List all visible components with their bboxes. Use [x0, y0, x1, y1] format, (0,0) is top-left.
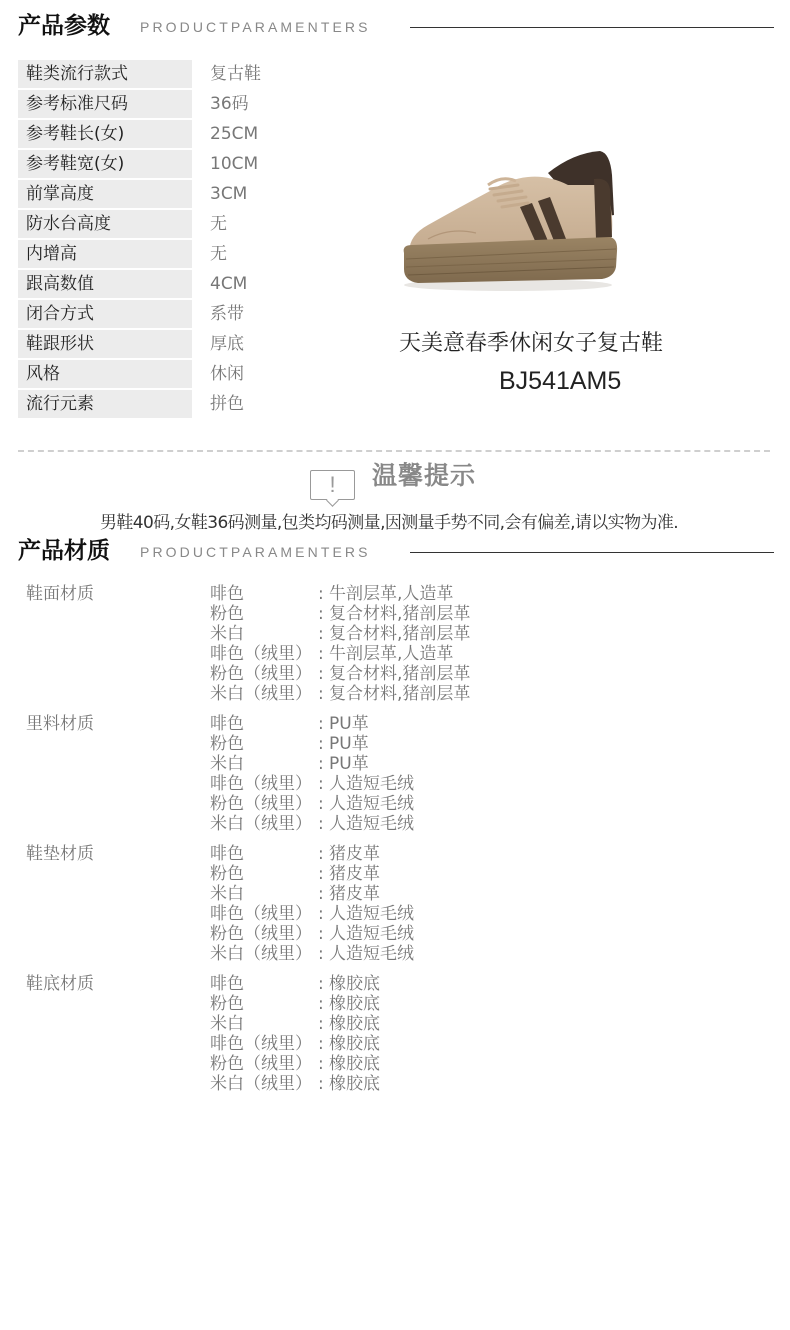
- material-value: PU革: [329, 754, 369, 774]
- colon: :: [318, 944, 324, 964]
- color-name: 啡色: [210, 844, 244, 864]
- product-model-number: BJ541AM5: [499, 367, 621, 396]
- material-value: 人造短毛绒: [329, 924, 414, 944]
- material-value: 人造短毛绒: [329, 774, 414, 794]
- param-row: 鞋跟形状厚底: [18, 329, 298, 359]
- param-label: 鞋跟形状: [18, 330, 192, 358]
- materials-section-header: 产品材质 PRODUCTPARAMENTERS: [18, 535, 774, 567]
- param-row: 防水台高度无: [18, 209, 298, 239]
- color-name: 米白（绒里）: [210, 684, 312, 704]
- colon: :: [318, 974, 324, 994]
- dashed-divider: [18, 450, 770, 452]
- material-value: 牛剖层革,人造革: [329, 584, 453, 604]
- materials-section-title: 产品材质: [18, 535, 110, 567]
- param-value: 3CM: [192, 180, 247, 208]
- param-row: 内增高无: [18, 239, 298, 269]
- colon: :: [318, 664, 324, 684]
- material-value: 猪皮革: [329, 864, 380, 884]
- colon: :: [318, 794, 324, 814]
- param-row: 鞋类流行款式复古鞋: [18, 59, 298, 89]
- param-value: 拼色: [192, 390, 244, 418]
- param-value: 无: [192, 210, 227, 238]
- param-row: 参考鞋长(女)25CM: [18, 119, 298, 149]
- colon: :: [318, 904, 324, 924]
- param-value: 10CM: [192, 150, 258, 178]
- param-value: 无: [192, 240, 227, 268]
- param-label: 风格: [18, 360, 192, 388]
- colon: :: [318, 754, 324, 774]
- colon: :: [318, 1014, 324, 1034]
- param-row: 流行元素拼色: [18, 389, 298, 419]
- param-row: 参考鞋宽(女)10CM: [18, 149, 298, 179]
- material-value: 橡胶底: [329, 1074, 380, 1094]
- param-value: 4CM: [192, 270, 247, 298]
- colon: :: [318, 1074, 324, 1094]
- material-value: 橡胶底: [329, 1054, 380, 1074]
- param-value: 25CM: [192, 120, 258, 148]
- product-name: 天美意春季休闲女子复古鞋: [399, 326, 663, 357]
- param-label: 跟高数值: [18, 270, 192, 298]
- color-name: 啡色: [210, 974, 244, 994]
- color-name: 粉色: [210, 994, 244, 1014]
- material-group-label: 鞋垫材质: [26, 844, 94, 864]
- param-row: 前掌高度3CM: [18, 179, 298, 209]
- params-section-title: 产品参数: [18, 10, 110, 42]
- material-value: 人造短毛绒: [329, 944, 414, 964]
- param-row: 参考标准尺码36码: [18, 89, 298, 119]
- param-label: 参考鞋宽(女): [18, 150, 192, 178]
- sneaker-illustration: [398, 145, 624, 295]
- colon: :: [318, 624, 324, 644]
- material-value: 橡胶底: [329, 994, 380, 1014]
- colon: :: [318, 774, 324, 794]
- material-value: 人造短毛绒: [329, 904, 414, 924]
- colon: :: [318, 584, 324, 604]
- notice-title: 温馨提示: [372, 456, 476, 492]
- colon: :: [318, 924, 324, 944]
- color-name: 米白: [210, 624, 244, 644]
- color-name: 啡色: [210, 584, 244, 604]
- color-name: 米白（绒里）: [210, 814, 312, 834]
- color-name: 啡色（绒里）: [210, 1034, 312, 1054]
- param-row: 风格休闲: [18, 359, 298, 389]
- color-name: 米白（绒里）: [210, 944, 312, 964]
- material-group-label: 里料材质: [26, 714, 94, 734]
- param-value: 36码: [192, 90, 249, 118]
- color-name: 粉色: [210, 864, 244, 884]
- material-value: 复合材料,猪剖层革: [329, 684, 470, 704]
- colon: :: [318, 864, 324, 884]
- colon: :: [318, 684, 324, 704]
- material-value: 橡胶底: [329, 974, 380, 994]
- colon: :: [318, 844, 324, 864]
- materials-section-subtitle: PRODUCTPARAMENTERS: [140, 535, 371, 569]
- material-group-label: 鞋面材质: [26, 584, 94, 604]
- color-name: 米白: [210, 1014, 244, 1034]
- color-name: 啡色: [210, 714, 244, 734]
- param-value: 休闲: [192, 360, 244, 388]
- param-row: 闭合方式系带: [18, 299, 298, 329]
- material-group-label: 鞋底材质: [26, 974, 94, 994]
- params-section-header: 产品参数 PRODUCTPARAMENTERS: [18, 10, 774, 42]
- colon: :: [318, 604, 324, 624]
- param-value: 厚底: [192, 330, 244, 358]
- header-rule: [410, 552, 774, 553]
- header-rule: [410, 27, 774, 28]
- colon: :: [318, 714, 324, 734]
- material-value: 复合材料,猪剖层革: [329, 624, 470, 644]
- exclamation-bubble-icon: !: [310, 470, 355, 500]
- param-value: 复古鞋: [192, 60, 261, 88]
- notice-text: 男鞋40码,女鞋36码测量,包类均码测量,因测量手势不同,会有偏差,请以实物为准…: [100, 508, 678, 533]
- color-name: 米白: [210, 884, 244, 904]
- param-row: 跟高数值4CM: [18, 269, 298, 299]
- param-label: 参考标准尺码: [18, 90, 192, 118]
- color-name: 粉色（绒里）: [210, 1054, 312, 1074]
- colon: :: [318, 994, 324, 1014]
- param-label: 防水台高度: [18, 210, 192, 238]
- color-name: 米白（绒里）: [210, 1074, 312, 1094]
- params-table: 鞋类流行款式复古鞋 参考标准尺码36码 参考鞋长(女)25CM 参考鞋宽(女)1…: [18, 59, 298, 419]
- color-name: 粉色: [210, 734, 244, 754]
- material-value: 猪皮革: [329, 884, 380, 904]
- material-value: 橡胶底: [329, 1014, 380, 1034]
- material-value: PU革: [329, 734, 369, 754]
- param-label: 流行元素: [18, 390, 192, 418]
- param-value: 系带: [192, 300, 244, 328]
- material-value: 人造短毛绒: [329, 814, 414, 834]
- color-name: 粉色（绒里）: [210, 924, 312, 944]
- params-section-subtitle: PRODUCTPARAMENTERS: [140, 10, 371, 44]
- color-name: 啡色（绒里）: [210, 904, 312, 924]
- colon: :: [318, 734, 324, 754]
- colon: :: [318, 1034, 324, 1054]
- material-value: 人造短毛绒: [329, 794, 414, 814]
- param-label: 鞋类流行款式: [18, 60, 192, 88]
- material-value: 猪皮革: [329, 844, 380, 864]
- param-label: 内增高: [18, 240, 192, 268]
- colon: :: [318, 814, 324, 834]
- color-name: 粉色（绒里）: [210, 664, 312, 684]
- color-name: 啡色（绒里）: [210, 774, 312, 794]
- material-value: 牛剖层革,人造革: [329, 644, 453, 664]
- colon: :: [318, 1054, 324, 1074]
- material-value: 橡胶底: [329, 1034, 380, 1054]
- product-image: [398, 145, 624, 295]
- material-value: PU革: [329, 714, 369, 734]
- material-value: 复合材料,猪剖层革: [329, 604, 470, 624]
- color-name: 粉色（绒里）: [210, 794, 312, 814]
- colon: :: [318, 884, 324, 904]
- color-name: 啡色（绒里）: [210, 644, 312, 664]
- color-name: 粉色: [210, 604, 244, 624]
- param-label: 闭合方式: [18, 300, 192, 328]
- material-value: 复合材料,猪剖层革: [329, 664, 470, 684]
- colon: :: [318, 644, 324, 664]
- param-label: 参考鞋长(女): [18, 120, 192, 148]
- color-name: 米白: [210, 754, 244, 774]
- param-label: 前掌高度: [18, 180, 192, 208]
